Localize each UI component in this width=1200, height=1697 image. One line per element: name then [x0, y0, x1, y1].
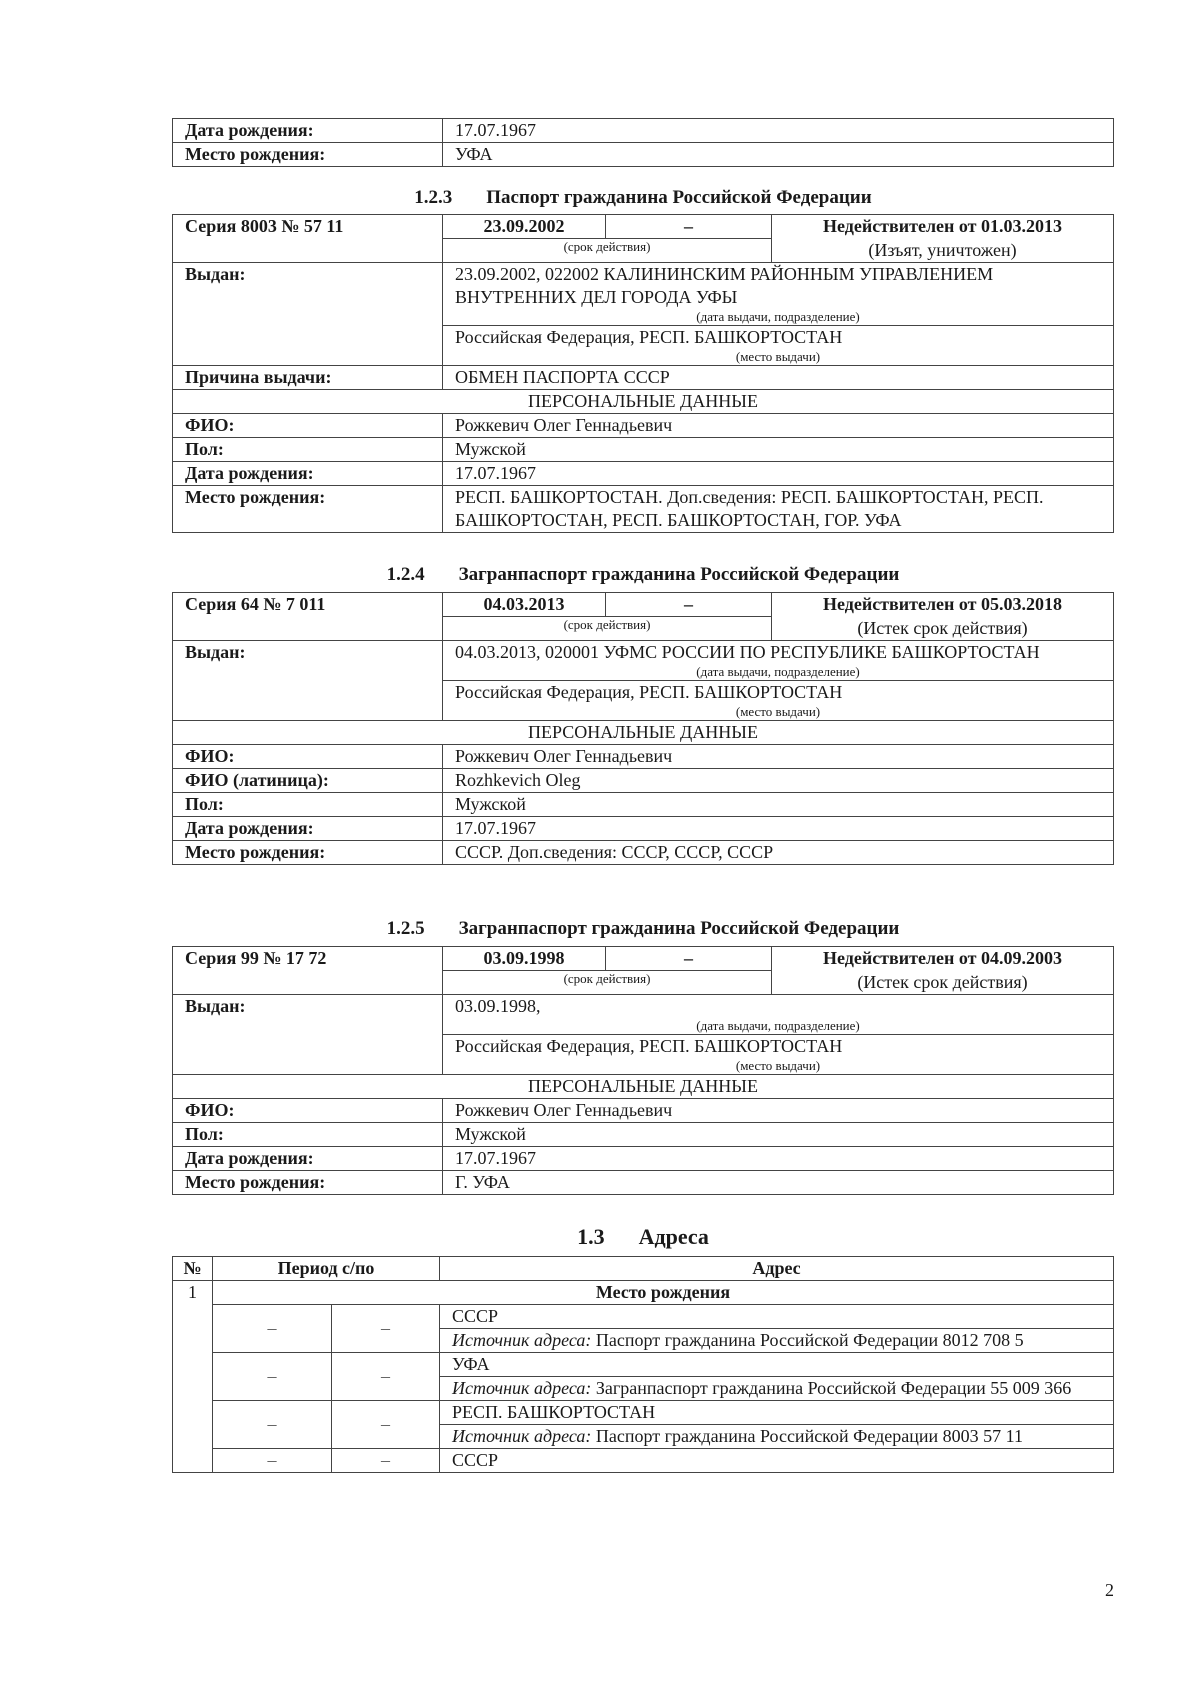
- period-to: –: [332, 1449, 440, 1473]
- section-heading: Загранпаспорт гражданина Российской Феде…: [459, 918, 900, 939]
- address-source: Источник адреса: Паспорт гражданина Росс…: [440, 1329, 1114, 1353]
- group-number: 1: [173, 1281, 213, 1473]
- addresses-table: № Период с/по Адрес 1 Место рождения – –…: [172, 1256, 1114, 1473]
- issue-place: Российская Федерация, РЕСП. БАШКОРТОСТАН: [455, 1035, 1101, 1058]
- row-value: Мужской: [443, 437, 1114, 461]
- passport-table-2: Серия 64 № 7 011 04.03.2013 – Недействит…: [172, 592, 1114, 865]
- row-value: 17.07.1967: [443, 816, 1114, 840]
- source-value: Загранпаспорт гражданина Российской Феде…: [596, 1378, 1071, 1398]
- table-row: Пол: Мужской: [173, 792, 1114, 816]
- row-value: Rozhkevich Oleg: [443, 768, 1114, 792]
- section-title: 1.3Адреса: [172, 1225, 1114, 1249]
- header-address: Адрес: [440, 1257, 1114, 1281]
- table-row: ФИО: Рожкевич Олег Геннадьевич: [173, 1098, 1114, 1122]
- row-label: Дата рождения:: [173, 119, 443, 143]
- section-heading: Загранпаспорт гражданина Российской Феде…: [459, 564, 900, 585]
- source-label: Источник адреса:: [452, 1426, 591, 1446]
- table-row: Место рождения: УФА: [173, 143, 1114, 167]
- address-value: СССР: [440, 1305, 1114, 1329]
- table-row: Дата рождения: 17.07.1967: [173, 119, 1114, 143]
- section-title: 1.2.3Паспорт гражданина Российской Федер…: [172, 186, 1114, 210]
- personal-header: ПЕРСОНАЛЬНЫЕ ДАННЫЕ: [173, 720, 1114, 744]
- address-source: Источник адреса: Загранпаспорт гражданин…: [440, 1377, 1114, 1401]
- row-label: Пол:: [173, 437, 443, 461]
- row-label: ФИО:: [173, 1098, 443, 1122]
- row-label: ФИО:: [173, 413, 443, 437]
- section-title: 1.2.5Загранпаспорт гражданина Российской…: [172, 917, 1114, 941]
- page-number: 2: [1105, 1580, 1114, 1601]
- row-label: Место рождения:: [173, 1170, 443, 1194]
- address-entry: – – РЕСП. БАШКОРТОСТАН: [173, 1401, 1114, 1425]
- address-value: СССР: [440, 1449, 1114, 1473]
- issued-value: 03.09.1998,: [455, 995, 1101, 1018]
- table-row: ФИО (латиница): Rozhkevich Oleg: [173, 768, 1114, 792]
- issued-label: Выдан:: [173, 994, 443, 1074]
- section-number: 1.2.4: [387, 563, 425, 587]
- row-value: УФА: [443, 143, 1114, 167]
- valid-to: –: [606, 947, 772, 971]
- row-value: 17.07.1967: [443, 119, 1114, 143]
- top-personal-table: Дата рождения: 17.07.1967 Место рождения…: [172, 118, 1114, 167]
- row-value: Рожкевич Олег Геннадьевич: [443, 744, 1114, 768]
- passport-status: Недействителен от 01.03.2013: [772, 215, 1114, 239]
- row-value: Рожкевич Олег Геннадьевич: [443, 413, 1114, 437]
- row-value: Мужской: [443, 1122, 1114, 1146]
- row-value: 17.07.1967: [443, 461, 1114, 485]
- validity-caption: (срок действия): [443, 617, 772, 641]
- row-value: Мужской: [443, 792, 1114, 816]
- document-page: Дата рождения: 17.07.1967 Место рождения…: [0, 0, 1200, 1697]
- place-caption: (место выдачи): [455, 704, 1101, 720]
- source-value: Паспорт гражданина Российской Федерации …: [596, 1426, 1023, 1446]
- section-number: 1.2.5: [387, 917, 425, 941]
- row-label: Место рождения:: [173, 840, 443, 864]
- validity-caption: (срок действия): [443, 239, 772, 263]
- issued-label: Выдан:: [173, 262, 443, 365]
- place-caption: (место выдачи): [455, 349, 1101, 365]
- group-title: Место рождения: [213, 1281, 1114, 1305]
- address-entry: – – УФА: [173, 1353, 1114, 1377]
- issued-label: Выдан:: [173, 640, 443, 720]
- section-heading: Адреса: [639, 1224, 709, 1249]
- valid-from: 23.09.2002: [443, 215, 606, 239]
- table-row: ФИО: Рожкевич Олег Геннадьевич: [173, 744, 1114, 768]
- issued-caption: (дата выдачи, подразделение): [455, 309, 1101, 325]
- row-value: 17.07.1967: [443, 1146, 1114, 1170]
- row-label: Пол:: [173, 1122, 443, 1146]
- reason-value: ОБМЕН ПАСПОРТА СССР: [443, 365, 1114, 389]
- source-value: Паспорт гражданина Российской Федерации …: [596, 1330, 1024, 1350]
- section-title: 1.2.4Загранпаспорт гражданина Российской…: [172, 563, 1114, 587]
- table-row: Пол: Мужской: [173, 1122, 1114, 1146]
- valid-to: –: [606, 593, 772, 617]
- table-row: Дата рождения: 17.07.1967: [173, 816, 1114, 840]
- status-reason: (Истек срок действия): [772, 971, 1114, 995]
- address-entry: – – СССР: [173, 1305, 1114, 1329]
- personal-header: ПЕРСОНАЛЬНЫЕ ДАННЫЕ: [173, 389, 1114, 413]
- source-label: Источник адреса:: [452, 1330, 591, 1350]
- personal-header: ПЕРСОНАЛЬНЫЕ ДАННЫЕ: [173, 1074, 1114, 1098]
- place-caption: (место выдачи): [455, 1058, 1101, 1074]
- table-row: Дата рождения: 17.07.1967: [173, 461, 1114, 485]
- row-label: ФИО (латиница):: [173, 768, 443, 792]
- row-value: СССР. Доп.сведения: СССР, СССР, СССР: [443, 840, 1114, 864]
- valid-to: –: [606, 215, 772, 239]
- passport-series: Серия 64 № 7 011: [173, 593, 443, 641]
- row-value: РЕСП. БАШКОРТОСТАН. Доп.сведения: РЕСП. …: [443, 485, 1114, 532]
- table-row: Место рождения: РЕСП. БАШКОРТОСТАН. Доп.…: [173, 485, 1114, 532]
- address-value: РЕСП. БАШКОРТОСТАН: [440, 1401, 1114, 1425]
- period-to: –: [332, 1353, 440, 1401]
- section-number: 1.2.3: [414, 186, 452, 210]
- table-row: ФИО: Рожкевич Олег Геннадьевич: [173, 413, 1114, 437]
- table-row: Место рождения: СССР. Доп.сведения: СССР…: [173, 840, 1114, 864]
- passport-status: Недействителен от 04.09.2003: [772, 947, 1114, 971]
- passport-series: Серия 99 № 17 72: [173, 947, 443, 995]
- period-from: –: [213, 1305, 332, 1353]
- reason-label: Причина выдачи:: [173, 365, 443, 389]
- issue-place: Российская Федерация, РЕСП. БАШКОРТОСТАН: [455, 326, 1101, 349]
- valid-from: 04.03.2013: [443, 593, 606, 617]
- address-value: УФА: [440, 1353, 1114, 1377]
- section-heading: Паспорт гражданина Российской Федерации: [486, 187, 871, 208]
- passport-table-3: Серия 99 № 17 72 03.09.1998 – Недействит…: [172, 946, 1114, 1195]
- passport-table-1: Серия 8003 № 57 11 23.09.2002 – Недейств…: [172, 214, 1114, 533]
- row-label: Место рождения:: [173, 143, 443, 167]
- issued-value: 23.09.2002, 022002 КАЛИНИНСКИМ РАЙОННЫМ …: [455, 263, 1101, 309]
- validity-caption: (срок действия): [443, 971, 772, 995]
- passport-series: Серия 8003 № 57 11: [173, 215, 443, 263]
- issued-caption: (дата выдачи, подразделение): [455, 664, 1101, 680]
- row-label: Дата рождения:: [173, 816, 443, 840]
- period-from: –: [213, 1401, 332, 1449]
- passport-status: Недействителен от 05.03.2018: [772, 593, 1114, 617]
- source-label: Источник адреса:: [452, 1378, 591, 1398]
- header-period: Период с/по: [213, 1257, 440, 1281]
- period-to: –: [332, 1401, 440, 1449]
- row-label: Дата рождения:: [173, 1146, 443, 1170]
- table-row: Место рождения: Г. УФА: [173, 1170, 1114, 1194]
- address-entry: – – СССР: [173, 1449, 1114, 1473]
- issued-value: 04.03.2013, 020001 УФМС РОССИИ ПО РЕСПУБ…: [455, 641, 1101, 664]
- header-num: №: [173, 1257, 213, 1281]
- status-reason: (Истек срок действия): [772, 617, 1114, 641]
- row-label: ФИО:: [173, 744, 443, 768]
- valid-from: 03.09.1998: [443, 947, 606, 971]
- address-source: Источник адреса: Паспорт гражданина Росс…: [440, 1425, 1114, 1449]
- row-value: Рожкевич Олег Геннадьевич: [443, 1098, 1114, 1122]
- row-value: Г. УФА: [443, 1170, 1114, 1194]
- period-from: –: [213, 1353, 332, 1401]
- status-reason: (Изъят, уничтожен): [772, 239, 1114, 263]
- issue-place: Российская Федерация, РЕСП. БАШКОРТОСТАН: [455, 681, 1101, 704]
- issued-caption: (дата выдачи, подразделение): [455, 1018, 1101, 1034]
- section-number: 1.3: [577, 1225, 605, 1249]
- row-label: Место рождения:: [173, 485, 443, 532]
- period-from: –: [213, 1449, 332, 1473]
- period-to: –: [332, 1305, 440, 1353]
- row-label: Пол:: [173, 792, 443, 816]
- row-label: Дата рождения:: [173, 461, 443, 485]
- table-row: Пол: Мужской: [173, 437, 1114, 461]
- table-row: Дата рождения: 17.07.1967: [173, 1146, 1114, 1170]
